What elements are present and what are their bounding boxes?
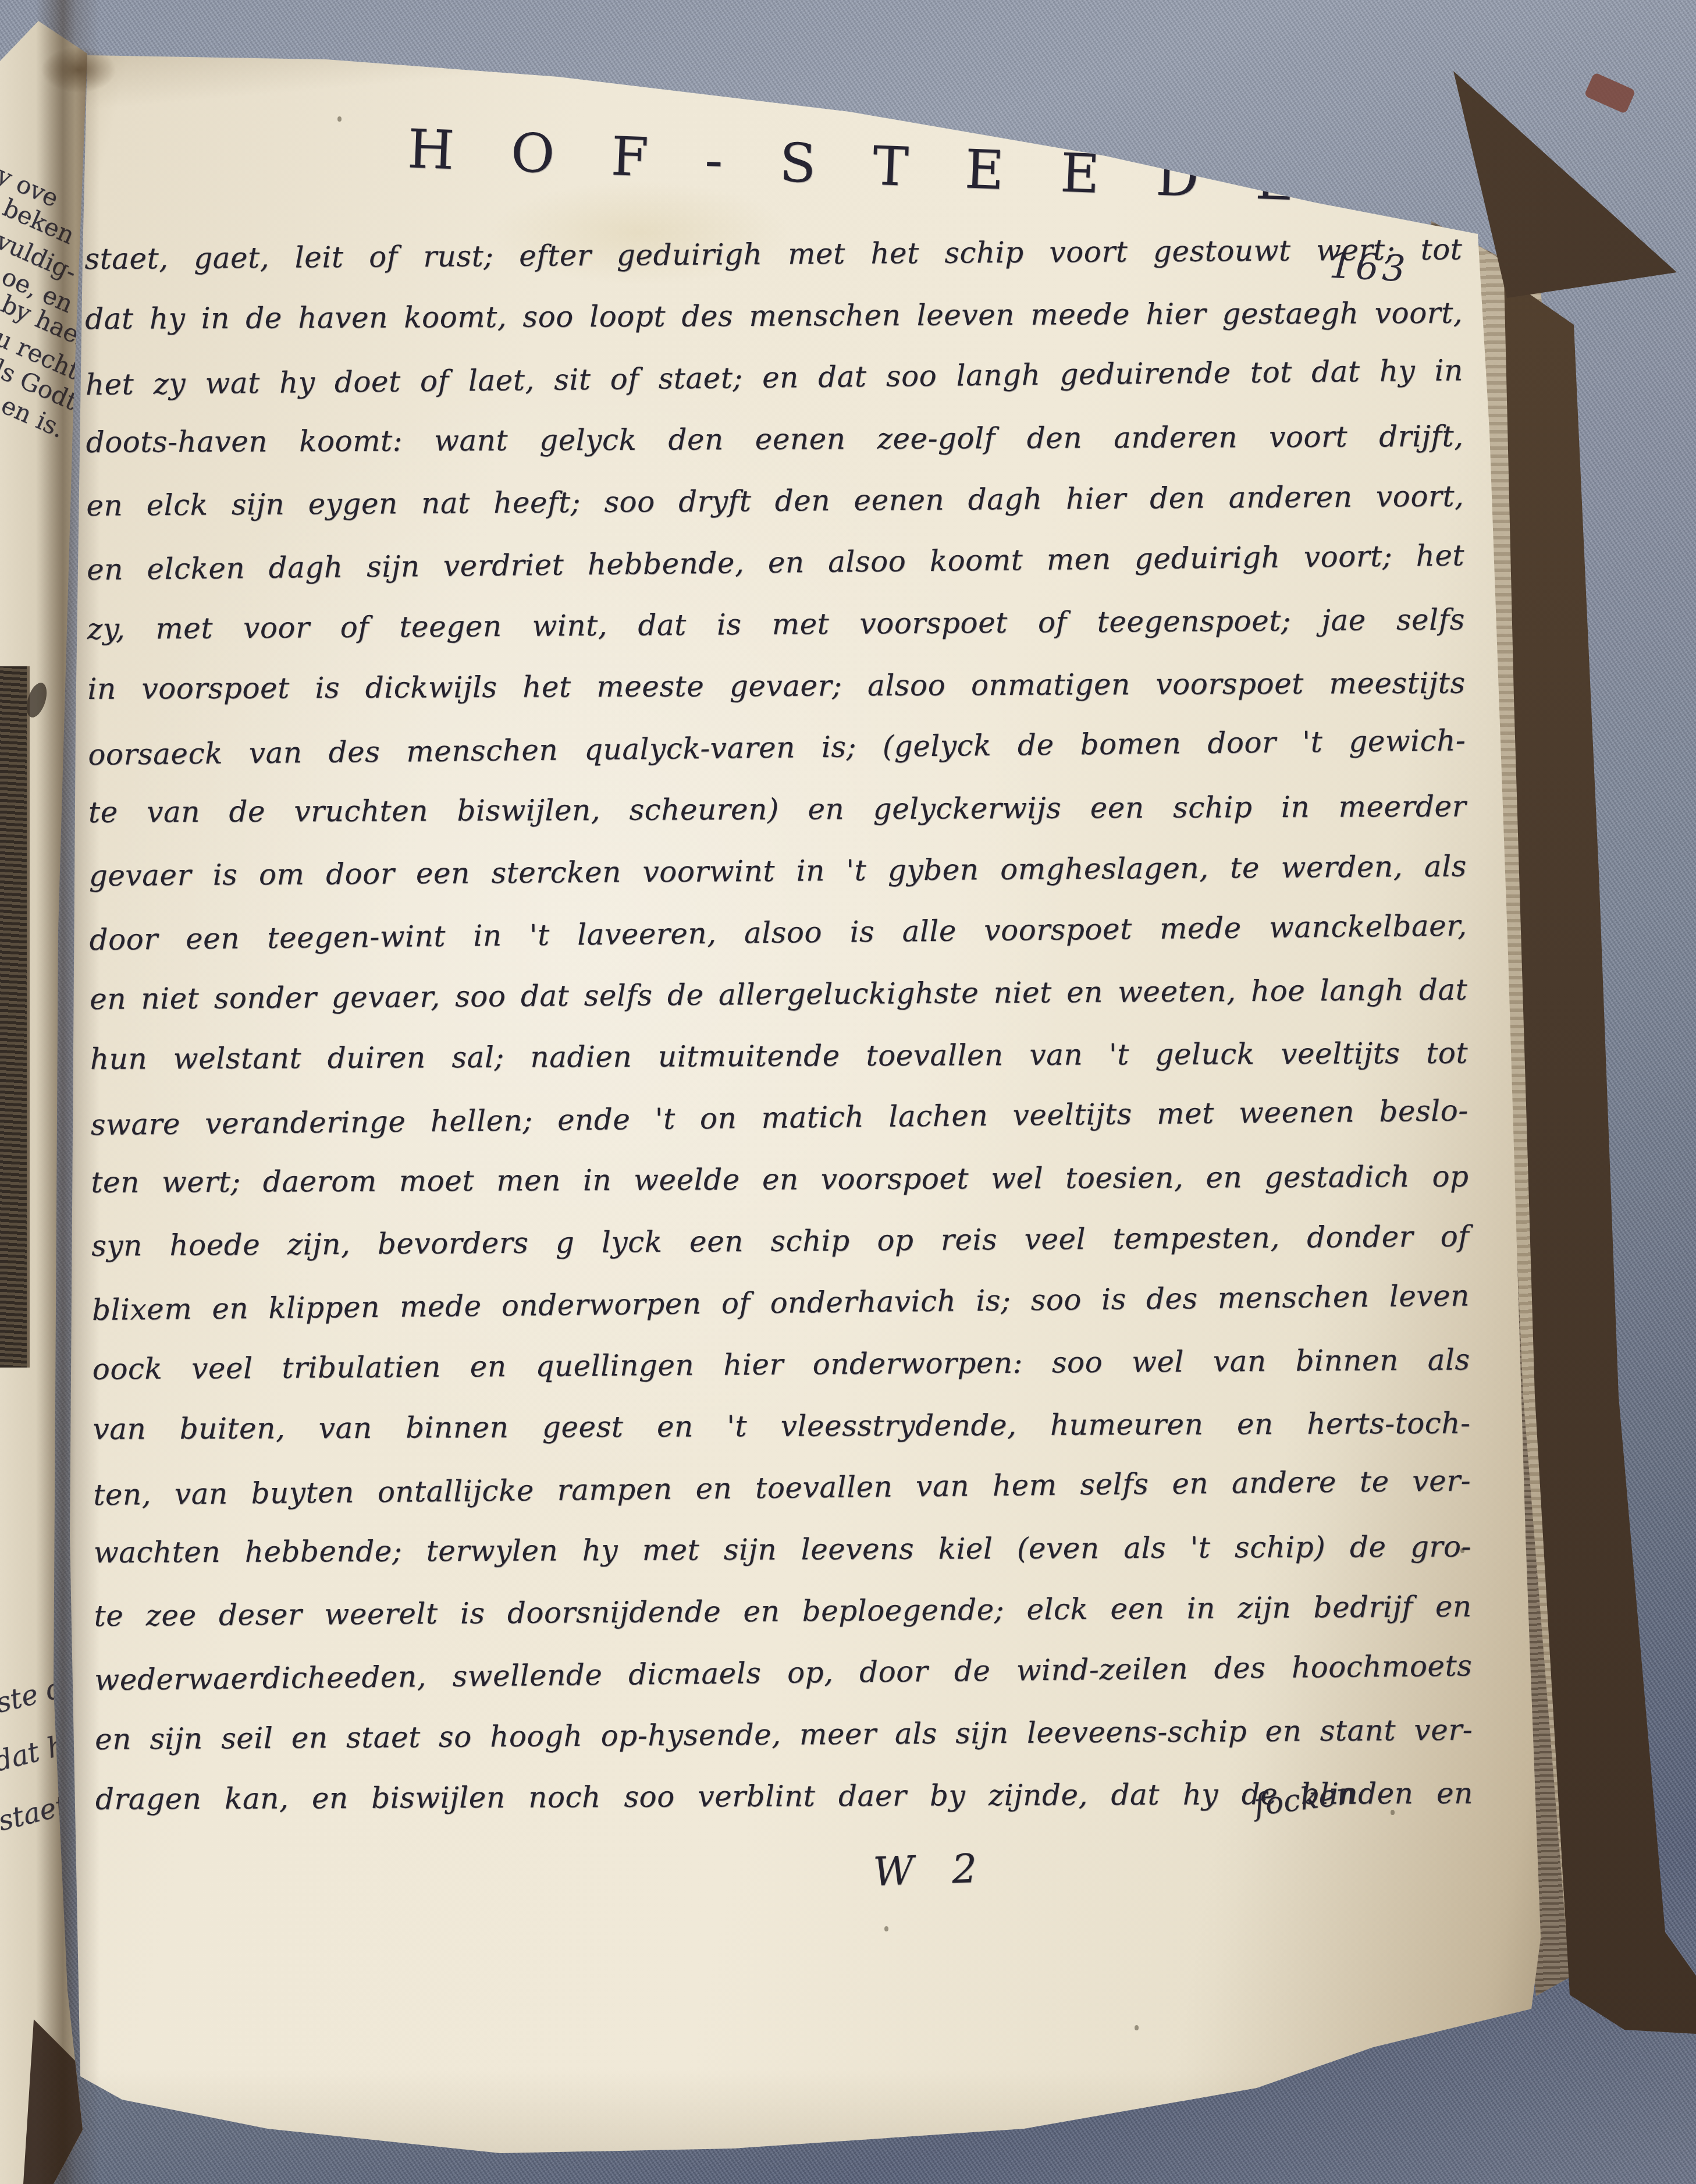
text-line: in voorspoet is dickwijls het meeste gev… [87,652,1465,720]
text-line: en sijn seil en staet so hoogh op-hysend… [95,1699,1473,1770]
text-line: door een teegen-wint in 't laveeren, als… [89,894,1467,971]
text-line: en niet sonder gevaer, soo dat selfs de … [90,958,1468,1030]
photo-scene: H O F - S T E E D E. 163 staet, gaet, le… [0,0,1696,2184]
text-line: wachten hebbende; terwylen hy met sijn l… [94,1516,1471,1583]
text-line: staet, gaet, leit of rust; efter geduiri… [84,218,1463,290]
text-line: te zee deser weerelt is doorsnijdende en… [94,1575,1472,1647]
text-line: dat hy in de haven koomt, soo loopt des … [85,282,1463,350]
text-line: van buiten, van binnen geest en 't vlees… [93,1393,1470,1460]
text-line: gevaer is om door een stercken voorwint … [88,835,1467,907]
text-line: ten, van buyten ontallijcke rampen en to… [93,1450,1471,1526]
text-line: en elck sijn eygen nat heeft; soo dryft … [86,465,1464,537]
text-line: oorsaeck van des menschen qualyck-varen … [88,709,1466,786]
text-line: blixem en klippen mede onderworpen of on… [91,1265,1470,1341]
paper-speck [337,116,342,122]
text-line: te van de vruchten biswijlen, scheuren) … [88,776,1466,843]
text-line: hun welstant duiren sal; nadien uitmuite… [90,1022,1468,1090]
text-line: en elcken dagh sijn verdriet hebbende, e… [87,524,1465,601]
text-line: zy, met voor of teegen wint, dat is met … [87,588,1465,660]
text-line: syn hoede zijn, bevorders g lyck een sch… [91,1205,1470,1277]
text-line: oock veel tribulatien en quellingen hier… [92,1329,1470,1400]
book-page: H O F - S T E E D E. 163 staet, gaet, le… [35,23,1577,2176]
engraving-fragment [0,666,30,1368]
body-text: staet, gaet, leit of rust; efter geduiri… [84,218,1473,1831]
paper-speck [1135,2025,1139,2030]
text-line: sware veranderinge hellen; ende 't on ma… [90,1079,1469,1156]
text-line: ten wert; daerom moet men in weelde en v… [91,1146,1469,1213]
text-line: wederwaerdicheeden, swellende dicmaels o… [94,1635,1473,1711]
text-line: doots-haven koomt: want gelyck den eenen… [86,406,1463,473]
paper-speck [884,1926,888,1931]
text-line: het zy wat hy doet of laet, sit of staet… [85,339,1463,416]
